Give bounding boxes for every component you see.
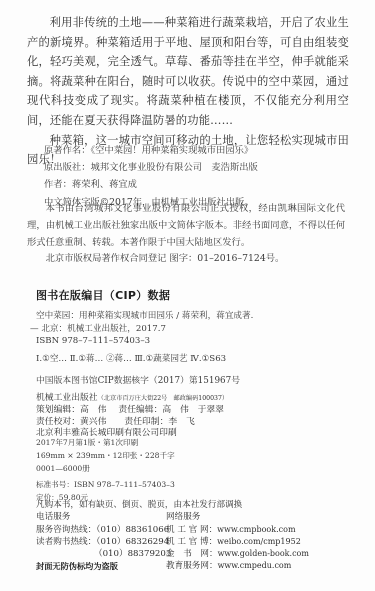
print-manager: 责任印制：李 飞 [124,417,194,429]
cip-title-line: 空中菜园：用种菜箱实现城市田园乐 / 蒋荣利，蒋宜成著. [36,310,253,323]
phone-number: （010）88361066 [96,525,169,535]
website-row: 金 书 网：www.golden-book.com [166,548,356,560]
cip-place-line: — 北京：机械工业出版社，2017.7 [30,323,253,336]
planning-editor: 策划编辑：高 伟 [36,405,106,415]
website-url: weibo.com/cmp1952 [217,537,301,546]
publisher-name: 机械工业出版社 [36,393,98,403]
phone-number: （010）68326294 [96,537,169,547]
phone-row: （010）88379203 [36,548,166,560]
intro-paragraph: 利用非传统的土地——种菜箱进行蔬菜栽培，开启了农业生产的新境界。种菜箱适用于平地… [27,13,349,131]
publisher-info: 机械工业出版社（北京市百万庄大街22号 邮政编码100037） 策划编辑：高 伟… [36,393,228,440]
website-row: 机 工 官 博：weibo.com/cmp1952 [166,536,356,548]
network-service-heading: 网络服务 [166,511,356,523]
website-url: www.cmpbook.com [217,525,295,534]
anti-piracy-notice: 封面无防伪标均为盗版 [36,560,166,572]
website-row: 机 工 官 网：www.cmpbook.com [166,524,356,536]
license-paragraph: 本书由台湾城邦文化事业股份有限公司正式授权，经由凯琳国际文化代理，由机械工业出版… [27,201,345,251]
phone-service: 电话服务 服务咨询热线：（010）88361066 读者购书热线：（010）68… [36,511,166,572]
authors: 作者：蒋荣利、蒋宜成 [44,176,258,193]
cip-isbn-line: ISBN 978–7–111–57403–3 [36,335,253,348]
cip-record-number: 中国版本图书馆CIP数据核字（2017）第151967号 [36,373,240,386]
phone-label: 服务咨询热线： [36,525,96,535]
original-title: 原著作名：《空中菜园！用种菜箱实现城市田园乐》 [44,142,258,159]
website-label: 金 书 网： [166,549,218,559]
standard-book-number: 标准书号：ISBN 978–7–111–57403–3 [36,478,175,491]
customer-service: 凡购本书，如有缺页、倒页、脱页，由本社发行部调换 电话服务 服务咨询热线：（01… [36,499,356,573]
print-run: 0001—6000册 [36,462,175,475]
phone-service-heading: 电话服务 [36,511,166,523]
website-url: www.golden-book.com [218,549,309,558]
website-label: 机 工 官 博： [166,537,217,547]
cip-classification: Ⅰ.①空… Ⅱ.①蒋… ②蒋… Ⅲ.①蔬菜园艺 Ⅳ.①S63 [36,352,226,364]
phone-row: 读者购书热线：（010）68326294 [36,536,166,548]
replacement-notice: 凡购本书，如有缺页、倒页、脱页，由本社发行部调换 [36,499,356,511]
phone-label: 读者购书热线： [36,537,96,547]
copyright-registration: 北京市版权局著作权合同登记 图字：01–2016–7124号。 [27,251,345,268]
website-label: 机 工 官 网： [166,525,217,535]
license-statement: 本书由台湾城邦文化事业股份有限公司正式授权，经由凯琳国际文化代理，由机械工业出版… [27,201,345,268]
cip-heading: 图书在版编目（CIP）数据 [36,287,170,303]
network-service: 网络服务 机 工 官 网：www.cmpbook.com 机 工 官 博：wei… [166,511,356,572]
website-label: 教育服务网： [166,561,218,571]
website-url: www.cmpedu.com [218,561,292,570]
website-row: 教育服务网：www.cmpedu.com [166,560,356,572]
original-publisher: 原出版社：城邦文化事业股份有限公司 麦浩斯出版 [44,159,258,176]
edition-printing: 2017年7月第1版・第1次印刷 [36,436,175,449]
responsible-editor: 责任编辑：高 伟 于翠翠 [118,405,224,417]
proofreader: 责任校对：黄兴伟 [36,417,106,427]
cip-record: 空中菜园：用种菜箱实现城市田园乐 / 蒋荣利，蒋宜成著. — 北京：机械工业出版… [36,310,253,348]
phone-row: 服务咨询热线：（010）88361066 [36,524,166,536]
publisher-address: （北京市百万庄大街22号 邮政编码100037） [98,395,229,402]
copyright-page: 利用非传统的土地——种菜箱进行蔬菜栽培，开启了农业生产的新境界。种菜箱适用于平地… [0,0,375,591]
phone-number: （010）88379203 [94,549,171,559]
printing-info: 2017年7月第1版・第1次印刷 169mm × 239mm・12印张・228千… [36,436,175,504]
book-format: 169mm × 239mm・12印张・228千字 [36,449,175,462]
